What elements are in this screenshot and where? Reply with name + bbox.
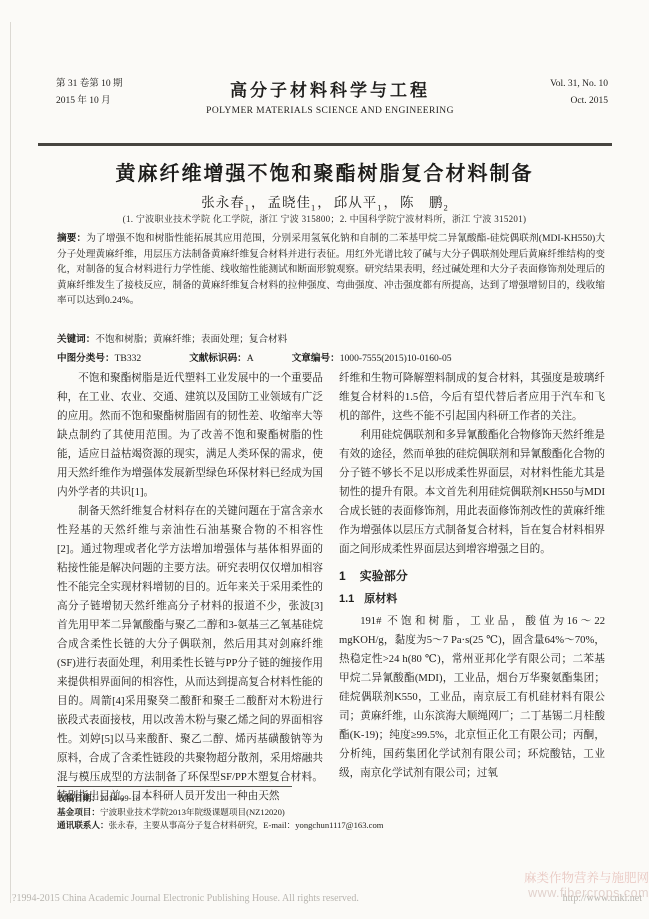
article-id-value: 1000-7555(2015)10-0160-05 [340,353,452,364]
paragraph: 191# 不饱和树脂，工业品，酸值为16～22 mgKOH/g，黏度为5～7 P… [339,612,605,783]
contact-value: 张永春，主要从事高分子复合材料研究，E-mail：yongchun1117@16… [109,820,384,830]
author-affiliation: (1. 宁波职业技术学院 化工学院，浙江 宁波 315800；2. 中国科学院宁… [0,212,649,225]
subsection-number: 1.1 [339,593,354,605]
author-name: 张永春 [201,195,245,210]
clc-segment: 中图分类号：TB332 [57,350,141,364]
footnote-received: 收稿日期：2014-09-18 [57,792,387,806]
body-right-column: 纤维和生物可降解塑料制成的复合材料，其强度是玻璃纤维复合材料的1.5倍，今后有望… [339,369,605,806]
section-number: 1 [339,569,346,583]
footnote-fund: 基金项目：宁波职业技术学院2013年院级课题项目(NZ12020) [57,806,387,820]
classification-line: 中图分类号：TB332 文献标识码：A 文章编号：1000-7555(2015)… [57,350,605,364]
paragraph: 纤维和生物可降解塑料制成的复合材料，其强度是玻璃纤维复合材料的1.5倍，今后有望… [339,369,605,426]
contact-label: 通讯联系人： [57,820,109,830]
keywords-line: 关键词：不饱和树脂；黄麻纤维；表面处理；复合材料 [57,331,605,345]
journal-issue-line2: 2015 年 10 月 [56,93,158,110]
journal-volume-line2: Oct. 2015 [502,93,608,110]
doc-code-label: 文献标识码： [189,353,247,364]
footnote-contact: 通讯联系人：张永春，主要从事高分子复合材料研究，E-mail：yongchun1… [57,819,387,833]
body-left-column: 不饱和聚酯树脂是近代塑料工业发展中的一个重要品种，在工业、农业、交通、建筑以及国… [57,369,323,806]
body-columns: 不饱和聚酯树脂是近代塑料工业发展中的一个重要品种，在工业、农业、交通、建筑以及国… [57,369,605,806]
footnote-rule [57,786,292,787]
received-label: 收稿日期： [57,793,100,803]
journal-issue-block: 第 31 卷第 10 期 2015 年 10 月 [38,76,158,110]
author: 孟晓佳1 [268,195,316,210]
paper-page: 第 31 卷第 10 期 2015 年 10 月 高分子材料科学与工程 POLY… [0,0,649,919]
article-id-label: 文章编号： [292,353,340,364]
abstract-label: 摘要： [57,233,86,244]
article-id-segment: 文章编号：1000-7555(2015)10-0160-05 [292,350,452,364]
section-heading-experimental: 1实验部分 [339,567,605,586]
journal-title-cn: 高分子材料科学与工程 [158,76,502,101]
doc-code-value: A [247,353,254,364]
journal-title-block: 高分子材料科学与工程 POLYMER MATERIALS SCIENCE AND… [158,76,502,116]
journal-volume-line1: Vol. 31, No. 10 [502,76,608,93]
section-title: 实验部分 [360,569,408,583]
author: 张永春1 [201,195,249,210]
copyright-text: ?1994-2015 China Academic Journal Electr… [12,893,359,904]
journal-title-en: POLYMER MATERIALS SCIENCE AND ENGINEERIN… [158,106,502,116]
keywords-label: 关键词： [57,334,95,345]
subsection-title: 原材料 [364,593,397,605]
subsection-heading-materials: 1.1原材料 [339,590,605,609]
author-list: 张永春1，孟晓佳1，邱从平1，陈 鹏2 [0,191,649,213]
received-value: 2014-09-18 [100,793,140,803]
clc-value: TB332 [115,353,142,364]
paragraph: 制备天然纤维复合材料存在的关键问题在于富含亲水性羟基的天然纤维与亲油性石油基聚合… [57,502,323,806]
doc-code-segment: 文献标识码：A [189,350,254,364]
author-name: 陈 鹏 [400,195,444,210]
fund-value: 宁波职业技术学院2013年院级课题项目(NZ12020) [100,807,285,817]
author: 邱从平1 [334,195,382,210]
scan-edge-line [10,22,11,903]
journal-issue-line1: 第 31 卷第 10 期 [56,76,158,93]
watermark-site-name: 麻类作物营养与施肥网 [524,871,649,886]
abstract-block: 摘要：为了增强不饱和树脂性能拓展其应用范围，分别采用氢氧化钠和自制的二苯基甲烷二… [57,231,605,309]
author-separator: ， [251,195,266,210]
footnote-block: 收稿日期：2014-09-18 基金项目：宁波职业技术学院2013年院级课题项目… [57,786,387,833]
author: 陈 鹏2 [400,195,448,210]
journal-header: 第 31 卷第 10 期 2015 年 10 月 高分子材料科学与工程 POLY… [38,76,612,116]
author-name: 邱从平 [334,195,378,210]
author-name: 孟晓佳 [268,195,312,210]
author-separator: ， [317,195,332,210]
clc-label: 中图分类号： [57,353,115,364]
paragraph: 利用硅烷偶联剂和多异氰酸酯化合物修饰天然纤维是有效的途径，然而单独的硅烷偶联剂和… [339,426,605,559]
watermark: 麻类作物营养与施肥网 www.fibercrops.com [524,871,649,901]
article-title: 黄麻纤维增强不饱和聚酯树脂复合材料制备 [0,157,649,186]
header-rule [38,143,612,146]
paragraph: 不饱和聚酯树脂是近代塑料工业发展中的一个重要品种，在工业、农业、交通、建筑以及国… [57,369,323,502]
author-separator: ， [384,195,399,210]
abstract-text: 为了增强不饱和树脂性能拓展其应用范围，分别采用氢氧化钠和自制的二苯基甲烷二异氰酸… [57,233,605,306]
watermark-site-url: www.fibercrops.com [524,886,649,901]
fund-label: 基金项目： [57,807,100,817]
keywords-text: 不饱和树脂；黄麻纤维；表面处理；复合材料 [95,334,287,345]
journal-volume-block: Vol. 31, No. 10 Oct. 2015 [502,76,612,110]
